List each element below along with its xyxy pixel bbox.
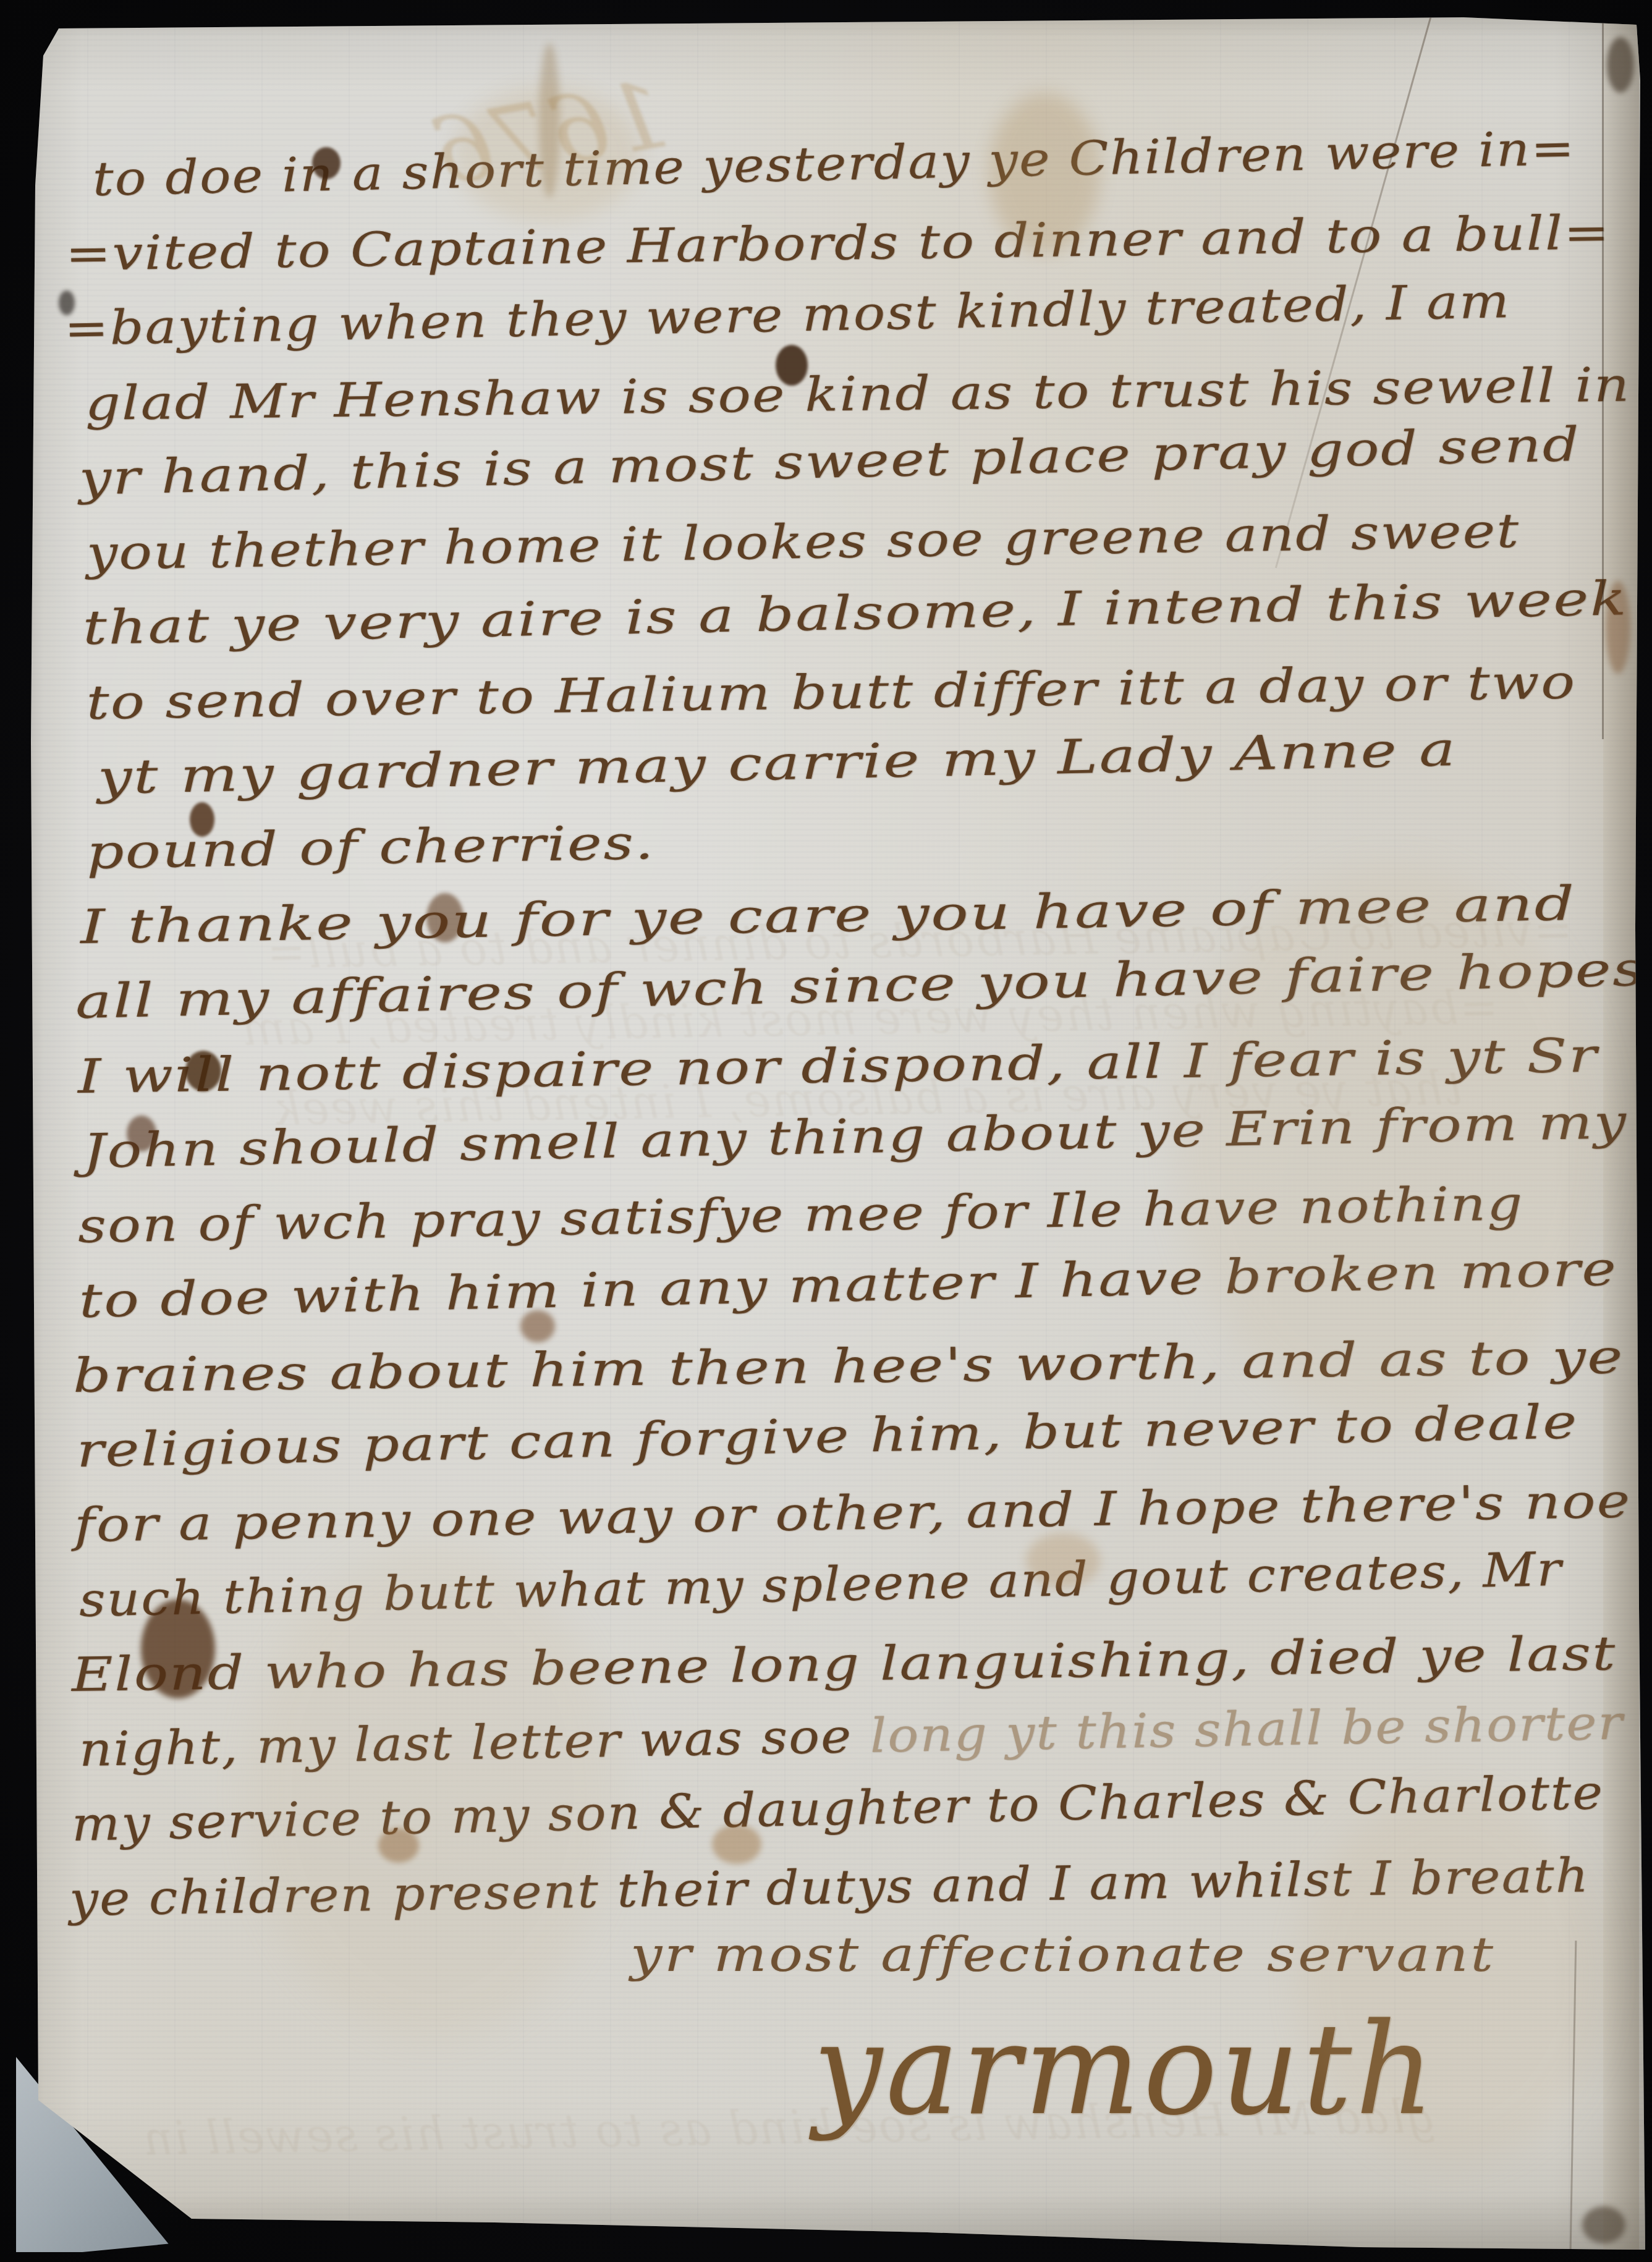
letter-line: such thing butt what my spleene and gout… bbox=[78, 1546, 1563, 1624]
letter-line: Elond who has beene long languishing, di… bbox=[71, 1630, 1617, 1698]
letter-line: ye children present their dutys and I am… bbox=[69, 1852, 1590, 1923]
letter-line: glad Mr Henshaw is soe kind as to trust … bbox=[85, 361, 1631, 427]
letter-line: for a penny one way or other, and I hope… bbox=[74, 1477, 1632, 1549]
letter-line: yt my gardner may carrie my Lady Anne a bbox=[97, 726, 1457, 801]
letter-line: my service to my son & daughter to Charl… bbox=[71, 1769, 1604, 1848]
letter-line: =bayting when they were most kindly trea… bbox=[64, 277, 1510, 352]
letter-line: I thanke you for ye care you have of mee… bbox=[80, 880, 1576, 951]
letter-line: all my affaires of wch since you have fa… bbox=[75, 946, 1645, 1025]
faded-text: long yt this shall be shorter bbox=[870, 1695, 1624, 1763]
letter-page: 1676 =vited to Captaine Harbords to dinn… bbox=[0, 0, 1652, 2262]
photo-background: 1676 =vited to Captaine Harbords to dinn… bbox=[0, 0, 1652, 2262]
letter-line: yr hand, this is a most sweet place pray… bbox=[78, 421, 1581, 502]
ink-stain bbox=[1607, 37, 1634, 93]
crease-line bbox=[1570, 1941, 1577, 2250]
ink-stain bbox=[1582, 2206, 1625, 2243]
letter-line: to doe with him in any matter I have bro… bbox=[78, 1245, 1618, 1324]
letter-line: John should smell any thing about ye Eri… bbox=[82, 1098, 1628, 1175]
closing-line: yr most affectionate servant bbox=[630, 1927, 1496, 1982]
letter-line: pound of cherries. bbox=[86, 819, 655, 876]
letter-line: night, my last letter was soe long yt th… bbox=[78, 1699, 1624, 1773]
letter-line: to doe in a short time yesterday ye Chil… bbox=[92, 125, 1576, 203]
letter-line: =vited to Captaine Harbords to dinner an… bbox=[65, 209, 1611, 277]
letter-line: son of wch pray satisfye mee for Ile hav… bbox=[77, 1180, 1524, 1250]
letter-line: I will nott dispaire nor dispond, all I … bbox=[77, 1032, 1598, 1100]
letter-line: you thether home it lookes soe greene an… bbox=[86, 507, 1520, 577]
letter-line: braines about him then hee's worth, and … bbox=[73, 1333, 1625, 1399]
letter-line: religious part can forgive him, but neve… bbox=[76, 1398, 1578, 1474]
letter-line: to send over to Halium butt differ itt a… bbox=[86, 658, 1576, 726]
signature: yarmouth bbox=[813, 1996, 1438, 2143]
letter-line: that ye very aire is a balsome, I intend… bbox=[82, 575, 1628, 651]
